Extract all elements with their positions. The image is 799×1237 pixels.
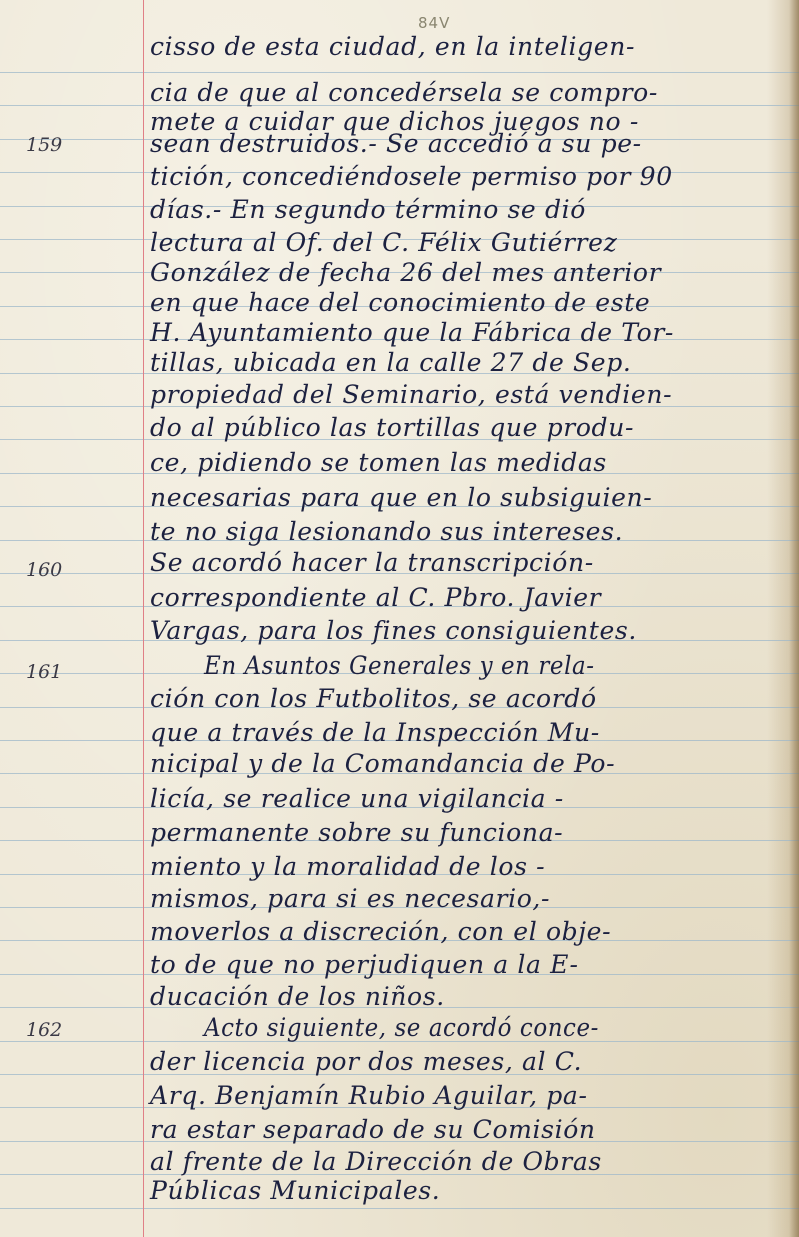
ledger-page: 84V 159 160 161 162 cisso de esta ciudad… — [0, 0, 799, 1237]
handwritten-line: cisso de esta ciudad, en la inteligen- — [150, 32, 792, 62]
handwritten-line: to de que no perjudiquen a la E- — [150, 950, 792, 980]
handwritten-line: Arq. Benjamín Rubio Aguilar, pa- — [150, 1081, 792, 1111]
entry-number: 159 — [26, 134, 62, 156]
handwritten-line: propiedad del Seminario, está vendien- — [150, 380, 792, 410]
handwritten-line: lectura al Of. del C. Félix Gutiérrez — [150, 228, 792, 258]
handwritten-line: tición, concediéndosele permiso por 90 — [150, 162, 792, 192]
handwritten-line: Vargas, para los fines consiguientes. — [150, 616, 792, 646]
handwritten-line: moverlos a discreción, con el obje- — [150, 917, 792, 947]
handwritten-line: Públicas Municipales. — [150, 1176, 792, 1206]
folio-number: 84V — [418, 14, 450, 32]
handwritten-line: cia de que al concedérsela se compro- — [150, 78, 792, 108]
handwritten-line: ra estar separado de su Comisión — [150, 1115, 792, 1145]
handwritten-line: que a través de la Inspección Mu- — [150, 718, 792, 748]
handwritten-line: permanente sobre su funciona- — [150, 818, 792, 848]
handwritten-line: tillas, ubicada en la calle 27 de Sep. — [150, 348, 792, 378]
handwritten-line: González de fecha 26 del mes anterior — [150, 258, 792, 288]
handwritten-line: al frente de la Dirección de Obras — [150, 1147, 792, 1177]
handwritten-line: der licencia por dos meses, al C. — [150, 1047, 792, 1077]
entry-number: 161 — [26, 661, 62, 683]
ruled-line — [0, 72, 799, 73]
entry-number: 160 — [26, 559, 62, 581]
red-margin-line — [143, 0, 144, 1237]
handwritten-line: días.- En segundo término se dió — [150, 195, 792, 225]
handwritten-line: nicipal y de la Comandancia de Po- — [150, 749, 792, 779]
handwritten-line: H. Ayuntamiento que la Fábrica de Tor- — [150, 318, 792, 348]
entry-number: 162 — [26, 1019, 62, 1041]
handwritten-line: necesarias para que en lo subsiguien- — [150, 483, 792, 513]
handwritten-line: Se acordó hacer la transcripción- — [150, 548, 792, 578]
handwritten-line: Acto siguiente, se acordó conce- — [204, 1013, 792, 1043]
handwritten-line: ducación de los niños. — [150, 982, 792, 1012]
handwritten-line: ce, pidiendo se tomen las medidas — [150, 448, 792, 478]
handwritten-line: en que hace del conocimiento de este — [150, 288, 792, 318]
handwritten-line: ción con los Futbolitos, se acordó — [150, 684, 792, 714]
handwritten-line: mismos, para si es necesario,- — [150, 884, 792, 914]
handwritten-line: sean destruidos.- Se accedió a su pe- — [150, 129, 792, 159]
handwritten-line: correspondiente al C. Pbro. Javier — [150, 583, 792, 613]
handwritten-line: miento y la moralidad de los - — [150, 852, 792, 882]
handwritten-line: licía, se realice una vigilancia - — [150, 784, 792, 814]
handwritten-line: do al público las tortillas que produ- — [150, 413, 792, 443]
handwritten-line: En Asuntos Generales y en rela- — [204, 651, 792, 681]
handwritten-line: te no siga lesionando sus intereses. — [150, 517, 792, 547]
ruled-line — [0, 1208, 799, 1209]
